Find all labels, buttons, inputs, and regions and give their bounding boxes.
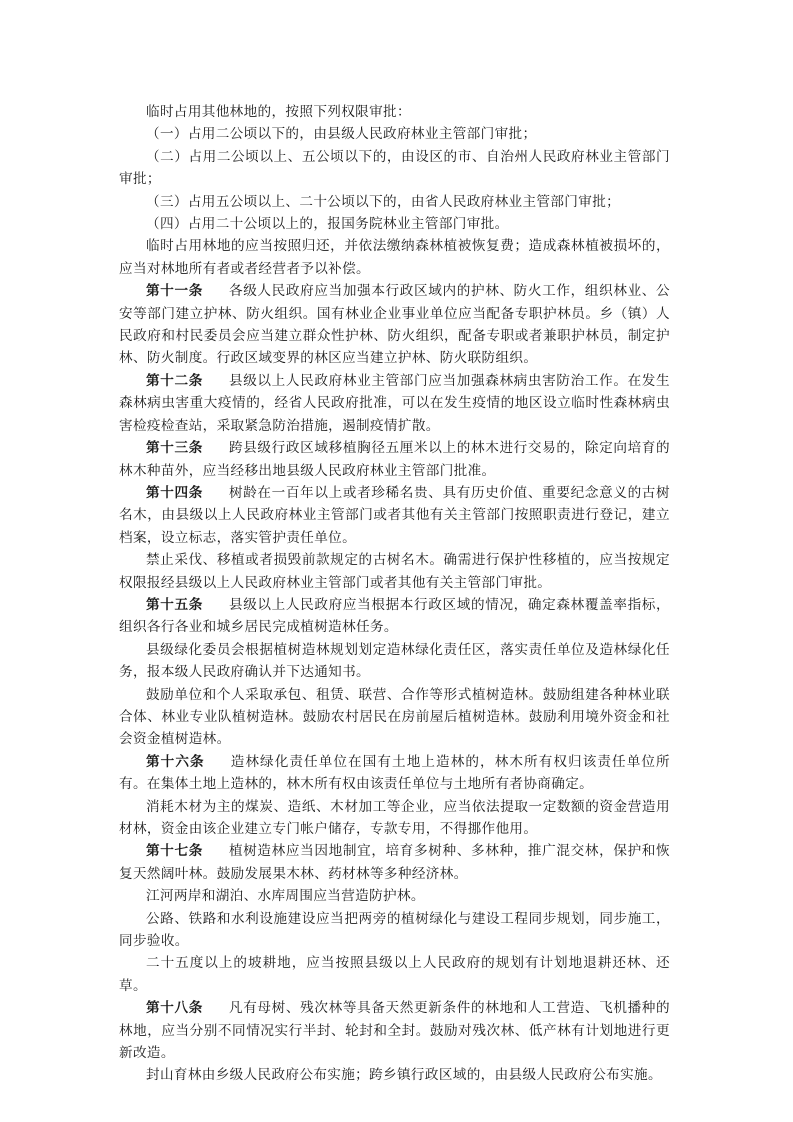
paragraph: 禁止采伐、移植或者损毁前款规定的古树名木。确需进行保护性移植的，应当按规定权限报… [119,549,670,594]
paragraph: （三）占用五公顷以上、二十公顷以下的，由省人民政府林业主管部门审批； [119,191,670,213]
paragraph-text: 二十五度以上的坡耕地，应当按照县级以上人民政府的规划有计划地退耕还林、还草。 [119,955,670,993]
article-number: 第十七条 [146,843,203,859]
paragraph: 江河两岸和湖泊、水库周围应当营造防护林。 [119,885,670,907]
paragraph-text: 临时占用其他林地的，按照下列权限审批： [146,104,411,120]
paragraph-text: 消耗木材为主的煤炭、造纸、木材加工等企业，应当依法提取一定数额的资金营造用材林，… [119,799,670,837]
article-paragraph: 第十三条跨县级行政区域移植胸径五厘米以上的林木进行交易的，除定向培育的林木种苗外… [119,437,670,482]
paragraph: 临时占用林地的应当按照归还，并依法缴纳森林植被恢复费；造成森林植被损坏的，应当对… [119,235,670,280]
article-number: 第十三条 [146,440,203,456]
article-number: 第十六条 [146,754,205,770]
article-number: 第十一条 [146,283,203,299]
article-number: 第十五条 [146,597,203,613]
article-paragraph: 第十七条植树造林应当因地制宜，培育多树种、多林种，推广混交林，保护和恢复天然阔叶… [119,840,670,885]
paragraph: 县级绿化委员会根据植树造林规划划定造林绿化责任区，落实责任单位及造林绿化任务，报… [119,639,670,684]
paragraph-text: 临时占用林地的应当按照归还，并依法缴纳森林植被恢复费；造成森林植被损坏的，应当对… [119,238,670,276]
paragraph: 消耗木材为主的煤炭、造纸、木材加工等企业，应当依法提取一定数额的资金营造用材林，… [119,796,670,841]
paragraph-text: 封山育林由乡级人民政府公布实施；跨乡镇行政区域的，由县级人民政府公布实施。 [146,1067,662,1083]
article-paragraph: 第十八条凡有母树、残次林等具备天然更新条件的林地和人工营造、飞机播种的林地，应当… [119,997,670,1064]
paragraph-text: （一）占用二公顷以下的，由县级人民政府林业主管部门审批； [146,126,536,142]
paragraph: 鼓励单位和个人采取承包、租赁、联营、合作等形式植树造林。鼓励组建各种林业联合体、… [119,684,670,751]
article-number: 第十四条 [146,485,203,501]
paragraph-text: （三）占用五公顷以上、二十公顷以下的，由省人民政府林业主管部门审批； [146,194,620,210]
paragraph-text: 江河两岸和湖泊、水库周围应当营造防护林。 [146,888,425,904]
paragraph: 二十五度以上的坡耕地，应当按照县级以上人民政府的规划有计划地退耕还林、还草。 [119,952,670,997]
paragraph-text: 公路、铁路和水利设施建设应当把两旁的植树绿化与建设工程同步规划，同步施工，同步验… [119,911,670,949]
paragraph: （一）占用二公顷以下的，由县级人民政府林业主管部门审批； [119,123,670,145]
paragraph-text: （二）占用二公顷以上、五公顷以下的，由设区的市、自治州人民政府林业主管部门审批； [119,149,670,187]
paragraph-text: （四）占用二十公顷以上的，报国务院林业主管部门审批。 [146,216,509,232]
article-paragraph: 第十二条县级以上人民政府林业主管部门应当加强森林病虫害防治工作。在发生森林病虫害… [119,370,670,437]
article-number: 第十八条 [146,1000,203,1016]
document-page: 临时占用其他林地的，按照下列权限审批： （一）占用二公顷以下的，由县级人民政府林… [119,101,670,1087]
article-paragraph: 第十五条县级以上人民政府应当根据本行政区域的情况，确定森林覆盖率指标，组织各行各… [119,594,670,639]
article-paragraph: 第十四条树龄在一百年以上或者珍稀名贵、具有历史价值、重要纪念意义的古树名木，由县… [119,482,670,549]
article-paragraph: 第十一条各级人民政府应当加强本行政区域内的护林、防火工作，组织林业、公安等部门建… [119,280,670,370]
paragraph: 公路、铁路和水利设施建设应当把两旁的植树绿化与建设工程同步规划，同步施工，同步验… [119,908,670,953]
paragraph: 临时占用其他林地的，按照下列权限审批： [119,101,670,123]
paragraph: （四）占用二十公顷以上的，报国务院林业主管部门审批。 [119,213,670,235]
article-number: 第十二条 [146,373,203,389]
paragraph-text: 鼓励单位和个人采取承包、租赁、联营、合作等形式植树造林。鼓励组建各种林业联合体、… [119,687,670,748]
paragraph-text: 禁止采伐、移植或者损毁前款规定的古树名木。确需进行保护性移植的，应当按规定权限报… [119,552,670,590]
paragraph-text: 县级绿化委员会根据植树造林规划划定造林绿化责任区，落实责任单位及造林绿化任务，报… [119,642,670,680]
paragraph: 封山育林由乡级人民政府公布实施；跨乡镇行政区域的，由县级人民政府公布实施。 [119,1064,670,1086]
paragraph: （二）占用二公顷以上、五公顷以下的，由设区的市、自治州人民政府林业主管部门审批； [119,146,670,191]
article-paragraph: 第十六条造林绿化责任单位在国有土地上造林的，林木所有权归该责任单位所有。在集体土… [119,751,670,796]
